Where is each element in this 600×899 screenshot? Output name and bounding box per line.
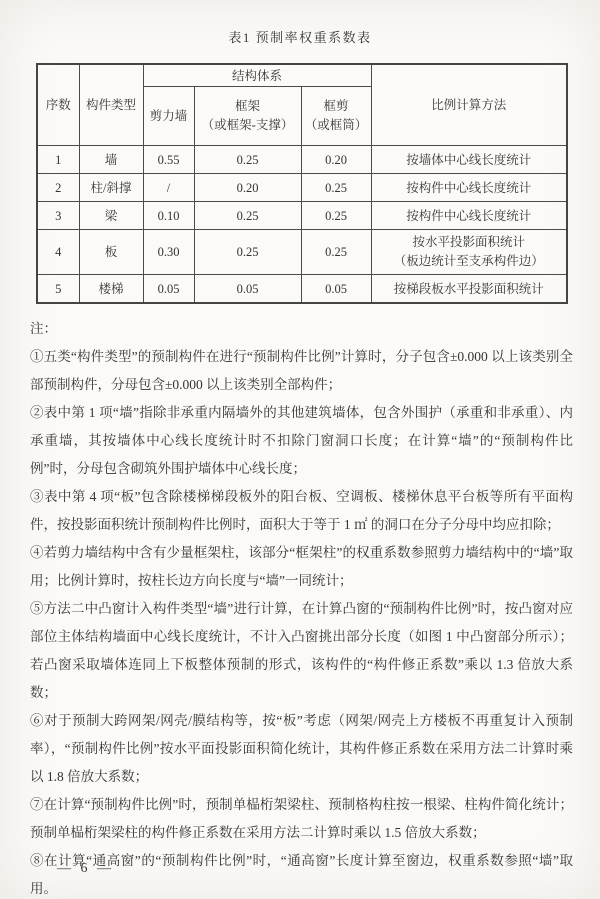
header-structure-system: 结构体系 [143, 64, 371, 87]
cell-frame-shear: 0.25 [301, 230, 371, 275]
header-frame-line2: （或框架-支撑） [197, 116, 299, 135]
cell-method: 按构件中心线长度统计 [371, 202, 567, 230]
document-page: 表1 预制率权重系数表 序数 构件类型 结构体系 比例计算方法 剪力墙 框架 （… [0, 0, 600, 899]
cell-shear-wall: 0.10 [143, 202, 194, 230]
table-row: 5 楼梯 0.05 0.05 0.05 按梯段板水平投影面积统计 [37, 275, 567, 304]
note-item: ⑦在计算“预制构件比例”时，预制单榀桁架梁柱、预制格构柱按一根梁、柱构件简化统计… [30, 791, 573, 847]
cell-method: 按墙体中心线长度统计 [371, 146, 567, 174]
cell-seq: 1 [37, 146, 79, 174]
cell-frame: 0.05 [194, 275, 301, 304]
header-frame-line1: 框架 [197, 97, 299, 116]
weight-coefficient-table: 序数 构件类型 结构体系 比例计算方法 剪力墙 框架 （或框架-支撑） 框剪 （… [36, 63, 568, 304]
cell-type: 板 [79, 230, 143, 275]
note-item: ⑤方法二中凸窗计入构件类型“墙”进行计算，在计算凸窗的“预制构件比例”时，按凸窗… [30, 595, 573, 707]
cell-shear-wall: 0.55 [143, 146, 194, 174]
cell-frame: 0.20 [194, 174, 301, 202]
notes-label: 注： [30, 315, 573, 343]
cell-shear-wall: 0.05 [143, 275, 194, 304]
header-component-type: 构件类型 [79, 64, 143, 146]
cell-seq: 2 [37, 174, 79, 202]
cell-frame-shear: 0.05 [301, 275, 371, 304]
cell-type: 柱/斜撑 [79, 174, 143, 202]
cell-frame-shear: 0.20 [301, 146, 371, 174]
table-caption: 表1 预制率权重系数表 [0, 0, 600, 46]
header-seq: 序数 [37, 64, 79, 146]
header-frame-shear-line2: （或框筒） [304, 116, 369, 135]
note-item: ①五类“构件类型”的预制构件在进行“预制构件比例”计算时，分子包含±0.000 … [30, 343, 573, 399]
page-number: — 6 — [57, 861, 114, 877]
note-item: ③表中第 4 项“板”包含除楼梯梯段板外的阳台板、空调板、楼梯休息平台板等所有平… [30, 483, 573, 539]
cell-seq: 5 [37, 275, 79, 304]
cell-type: 墙 [79, 146, 143, 174]
cell-seq: 3 [37, 202, 79, 230]
header-method: 比例计算方法 [371, 64, 567, 146]
header-row-1: 序数 构件类型 结构体系 比例计算方法 [37, 64, 567, 87]
header-shear-wall: 剪力墙 [143, 87, 194, 146]
cell-frame: 0.25 [194, 230, 301, 275]
cell-method-line2: （板边统计至支承构件边） [374, 252, 565, 271]
header-frame: 框架 （或框架-支撑） [194, 87, 301, 146]
header-frame-shear: 框剪 （或框筒） [301, 87, 371, 146]
cell-method: 按构件中心线长度统计 [371, 174, 567, 202]
cell-frame-shear: 0.25 [301, 174, 371, 202]
notes-section: 注： ①五类“构件类型”的预制构件在进行“预制构件比例”计算时，分子包含±0.0… [30, 315, 573, 899]
cell-method-line1: 按水平投影面积统计 [374, 233, 565, 252]
table-row: 4 板 0.30 0.25 0.25 按水平投影面积统计 （板边统计至支承构件边… [37, 230, 567, 275]
table-row: 1 墙 0.55 0.25 0.20 按墙体中心线长度统计 [37, 146, 567, 174]
cell-shear-wall: / [143, 174, 194, 202]
cell-frame: 0.25 [194, 146, 301, 174]
table-row: 3 梁 0.10 0.25 0.25 按构件中心线长度统计 [37, 202, 567, 230]
cell-type: 楼梯 [79, 275, 143, 304]
note-item: ⑥对于预制大跨网架/网壳/膜结构等，按“板”考虑（网架/网壳上方楼板不再重复计入… [30, 707, 573, 791]
cell-type: 梁 [79, 202, 143, 230]
table-row: 2 柱/斜撑 / 0.20 0.25 按构件中心线长度统计 [37, 174, 567, 202]
cell-shear-wall: 0.30 [143, 230, 194, 275]
note-item: ②表中第 1 项“墙”指除非承重内隔墙外的其他建筑墙体，包含外围护（承重和非承重… [30, 399, 573, 483]
cell-frame: 0.25 [194, 202, 301, 230]
cell-method: 按水平投影面积统计 （板边统计至支承构件边） [371, 230, 567, 275]
cell-method: 按梯段板水平投影面积统计 [371, 275, 567, 304]
cell-seq: 4 [37, 230, 79, 275]
table-container: 序数 构件类型 结构体系 比例计算方法 剪力墙 框架 （或框架-支撑） 框剪 （… [36, 63, 566, 304]
header-frame-shear-line1: 框剪 [304, 97, 369, 116]
cell-frame-shear: 0.25 [301, 202, 371, 230]
note-item: ④若剪力墙结构中含有少量框架柱，该部分“框架柱”的权重系数参照剪力墙结构中的“墙… [30, 539, 573, 595]
